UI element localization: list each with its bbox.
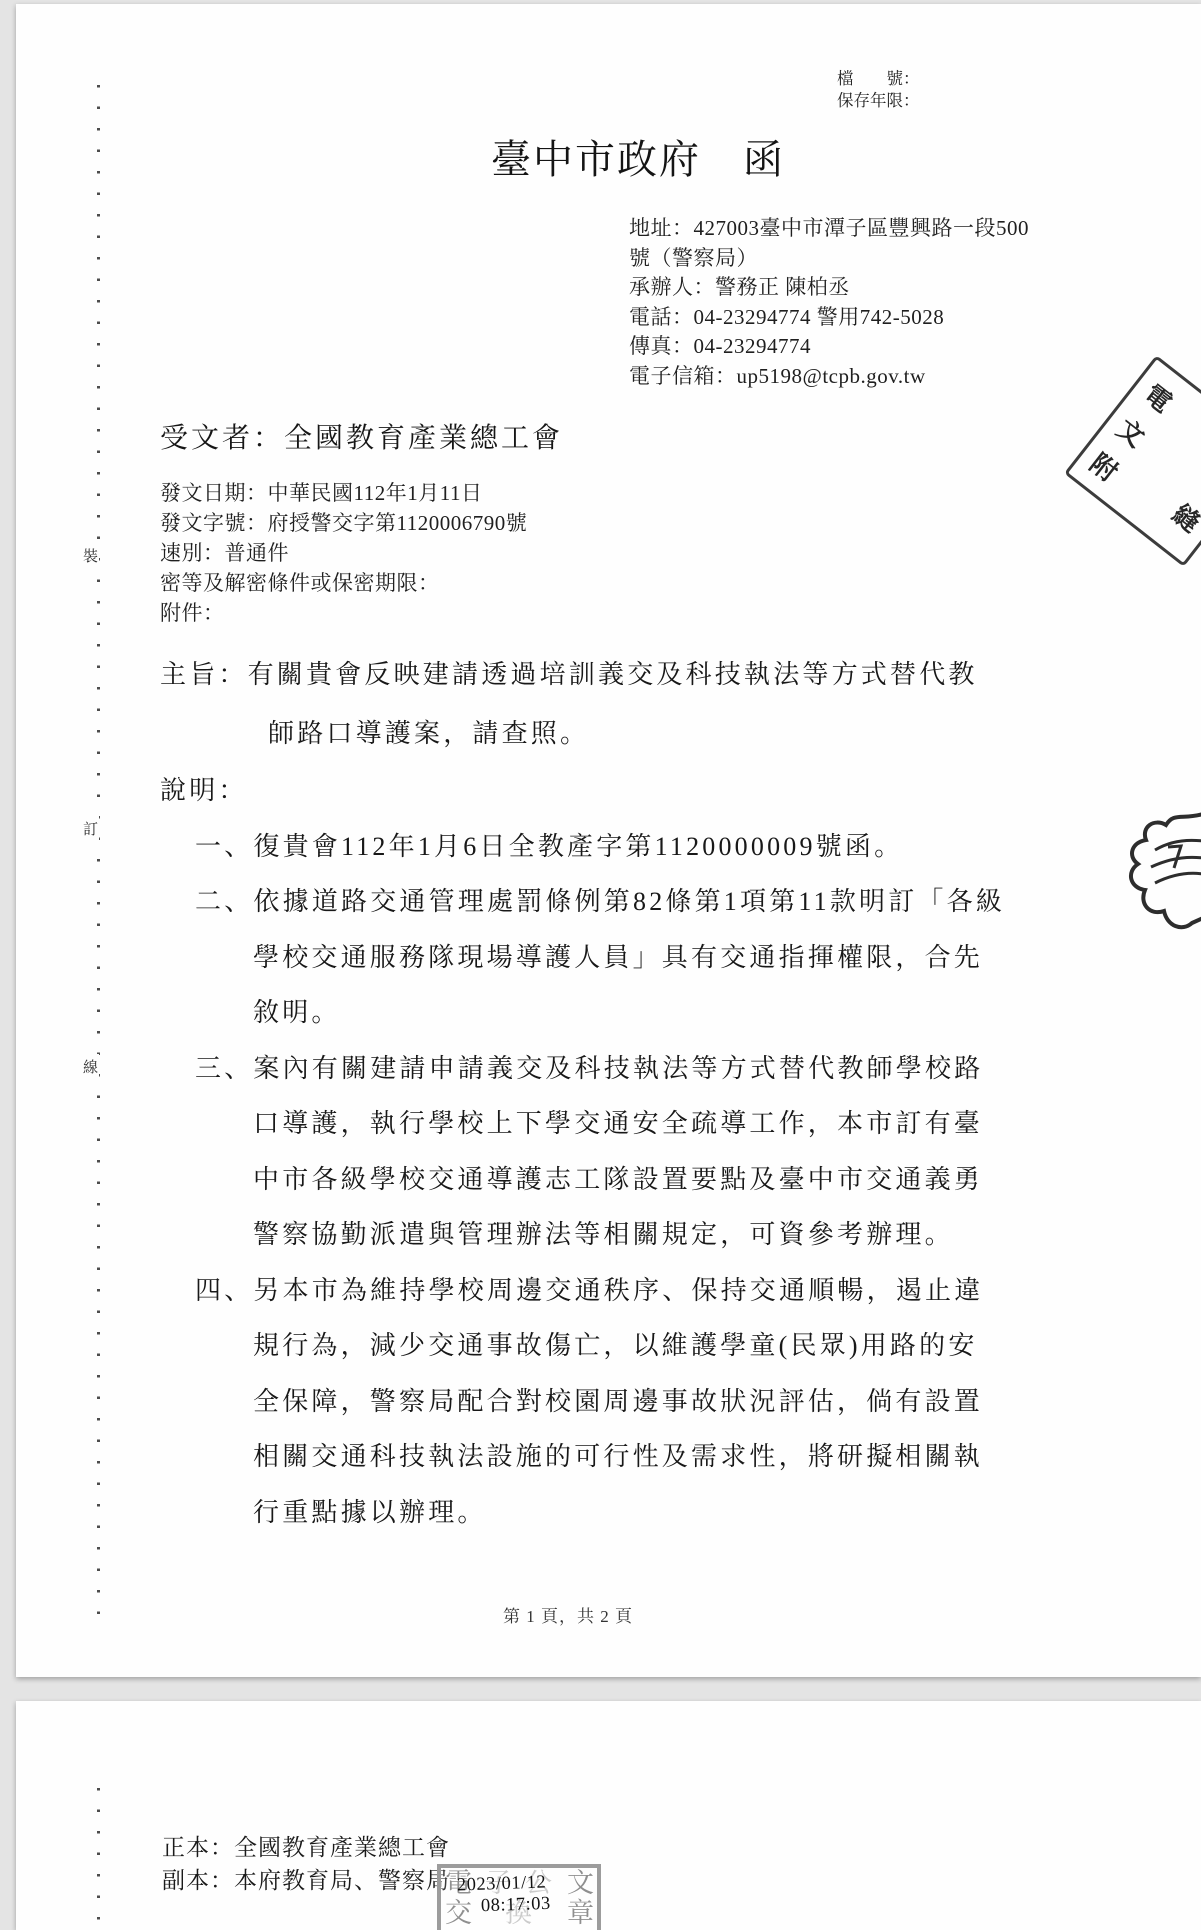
exchange-stamp: 電 子 公 文 交 換 章 2023/01/12 08:17:03 — [437, 1864, 601, 1930]
exchange-stamp-char-zhang: 章 — [567, 1900, 594, 1927]
subject-line-2: 師路口導護案，請查照。 — [160, 704, 1020, 763]
item-2-line-3: 敘明。 — [160, 985, 1020, 1041]
item-3-line-3: 中市各級學校交通導護志工隊設置要點及臺中市交通義勇 — [160, 1152, 1020, 1208]
archive-no-label: 檔 號： — [837, 68, 920, 90]
explanation-label: 說明： — [160, 763, 1020, 819]
scanned-official-letter: 檔 號： 保存年限： 臺中市政府 函 地址：427003臺中市潭子區豐興路一段5… — [0, 0, 1201, 1930]
item-4-line-1: 四、另本市為維持學校周邊交通秩序、保持交通順暢，遏止違 — [160, 1263, 1020, 1319]
item-4-line-5: 行重點據以辦理。 — [160, 1485, 1020, 1541]
edge-stamp-char: 文 — [1111, 409, 1154, 454]
binding-mark-xian: 線 — [82, 1054, 99, 1079]
sender-phone: 電話：04-23294774 警用742-5028 — [629, 303, 1029, 333]
doc-number: 發文字號：府授警交字第1120006790號 — [160, 508, 527, 538]
item-3-line-1: 三、案內有關建請申請義交及科技執法等方式替代教師學校路 — [160, 1041, 1020, 1097]
binding-dotted-line-page2 — [97, 1788, 100, 1926]
sender-email: 電子信箱：up5198@tcpb.gov.tw — [629, 362, 1029, 392]
letter-body: 主旨：有關貴會反映建請透過培訓義交及科技執法等方式替代教 師路口導護案，請查照。… — [160, 645, 1020, 1540]
binding-mark-zhuang: 裝 — [82, 543, 99, 568]
sender-address-line1: 地址：427003臺中市潭子區豐興路一段500 — [629, 214, 1029, 244]
letter-title: 臺中市政府 函 — [491, 128, 785, 185]
original-copy-line: 正本：全國教育產業總工會 — [162, 1831, 450, 1864]
attachment: 附件： — [160, 598, 527, 628]
item-4-line-4: 相關交通科技執法設施的可行性及需求性，將研擬相關執 — [160, 1429, 1020, 1485]
item-1-line-1: 一、復貴會112年1月6日全教產字第1120000009號函。 — [160, 819, 1020, 875]
edge-stamp-right-column: 交 縫 — [1157, 431, 1201, 551]
edge-stamp-char: 電 — [1138, 374, 1181, 419]
page-number-footer: 第 1 頁，共 2 頁 — [503, 1602, 633, 1627]
item-4-line-3: 全保障，警察局配合對校園周邊事故狀況評估，倘有設置 — [160, 1374, 1020, 1430]
sender-fax: 傳真：04-23294774 — [629, 332, 1029, 362]
security-class: 密等及解密條件或保密期限： — [160, 568, 527, 598]
sender-contact-person: 承辦人：警務正 陳柏丞 — [629, 273, 1029, 303]
edge-stamp-char: 縫 — [1166, 494, 1201, 539]
recipient-line: 受文者：全國教育產業總工會 — [160, 416, 563, 456]
subject-line-1: 主旨：有關貴會反映建請透過培訓義交及科技執法等方式替代教 — [160, 645, 1020, 704]
item-3-line-2: 口導護，執行學校上下學交通安全疏導工作，本市訂有臺 — [160, 1096, 1020, 1152]
sender-address-line2: 號（警察局） — [629, 244, 1029, 274]
item-4-line-2: 規行為，減少交通事故傷亡，以維護學童(民眾)用路的安 — [160, 1318, 1020, 1374]
issue-date: 發文日期：中華民國112年1月11日 — [160, 478, 527, 508]
document-meta: 發文日期：中華民國112年1月11日 發文字號：府授警交字第1120006790… — [160, 478, 527, 628]
item-3-line-4: 警察協勤派遣與管理辦法等相關規定，可資參考辦理。 — [160, 1207, 1020, 1263]
priority: 速別：普通件 — [160, 538, 527, 568]
exchange-stamp-time: 08:17:03 — [481, 1894, 551, 1917]
exchange-stamp-char-jiao: 交 — [445, 1900, 472, 1927]
binding-dotted-line — [97, 85, 100, 1615]
edge-stamp-char: 附 — [1083, 444, 1126, 489]
archive-labels: 檔 號： 保存年限： — [837, 68, 920, 112]
binding-mark-ding: 訂 — [82, 816, 99, 841]
retention-label: 保存年限： — [837, 90, 920, 112]
sender-info: 地址：427003臺中市潭子區豐興路一段500 號（警察局） 承辦人：警務正 陳… — [629, 214, 1029, 391]
exchange-stamp-char-wen: 文 — [567, 1870, 594, 1897]
exchange-stamp-date: 2023/01/12 — [457, 1872, 547, 1896]
item-2-line-1: 二、依據道路交通管理處罰條例第82條第1項第11款明訂「各級 — [160, 874, 1020, 930]
item-2-line-2: 學校交通服務隊現場導護人員」具有交通指揮權限，合先 — [160, 930, 1020, 986]
partial-official-seal — [1124, 810, 1201, 935]
carbon-copy-line: 副本：本府教育局、警察局 — [162, 1864, 450, 1897]
